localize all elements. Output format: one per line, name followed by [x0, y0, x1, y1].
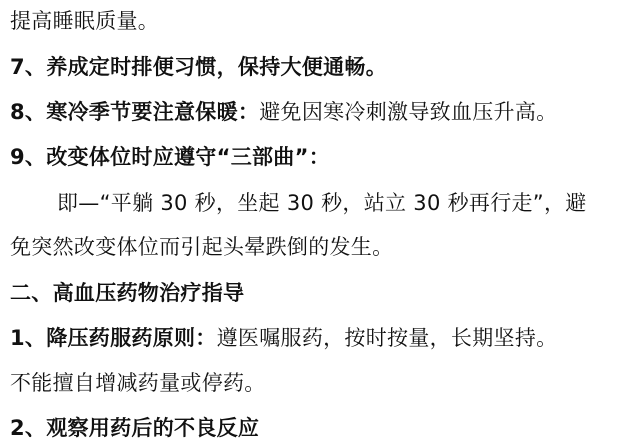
list-item-body: 避免因寒冷刺激导致血压升高。 — [259, 100, 557, 124]
line-text: 提高睡眠质量。 — [10, 9, 159, 33]
list-item-heading: 7、养成定时排便习惯，保持大便通畅。 — [10, 55, 387, 79]
paragraph-line-sleep-quality: 提高睡眠质量。 — [10, 6, 159, 36]
line-text: 不能擅自增减药量或停药。 — [10, 371, 266, 395]
list-item-8-keep-warm: 8、寒冷季节要注意保暖：避免因寒冷刺激导致血压升高。 — [10, 97, 557, 127]
list-item-9-posture-change: 9、改变体位时应遵守“三部曲”： — [10, 142, 330, 172]
section-heading-text: 二、高血压药物治疗指导 — [10, 281, 244, 305]
paragraph-line-no-self-adjust: 不能擅自增减药量或停药。 — [10, 368, 266, 398]
list-item-1-medication-principle: 1、降压药服药原则：遵医嘱服药，按时按量，长期坚持。 — [10, 323, 557, 353]
list-item-7-bowel-habits: 7、养成定时排便习惯，保持大便通畅。 — [10, 52, 387, 82]
section-heading-drug-therapy: 二、高血压药物治疗指导 — [10, 278, 244, 308]
list-item-heading: 8、寒冷季节要注意保暖： — [10, 100, 259, 124]
paragraph-line-avoid-dizziness: 免突然改变体位而引起头晕跌倒的发生。 — [10, 232, 393, 262]
list-item-heading: 9、改变体位时应遵守“三部曲”： — [10, 145, 330, 169]
list-item-body: 遵医嘱服药，按时按量，长期坚持。 — [217, 326, 558, 350]
list-item-heading: 2、观察用药后的不良反应 — [10, 416, 259, 440]
line-text: 免突然改变体位而引起头晕跌倒的发生。 — [10, 235, 393, 259]
paragraph-line-three-steps: 即—“平躺 30 秒，坐起 30 秒，站立 30 秒再行走”，避 — [57, 188, 587, 218]
list-item-2-adverse-reactions: 2、观察用药后的不良反应 — [10, 413, 259, 443]
list-item-heading: 1、降压药服药原则： — [10, 326, 217, 350]
line-text: 即—“平躺 30 秒，坐起 30 秒，站立 30 秒再行走”，避 — [57, 191, 587, 215]
